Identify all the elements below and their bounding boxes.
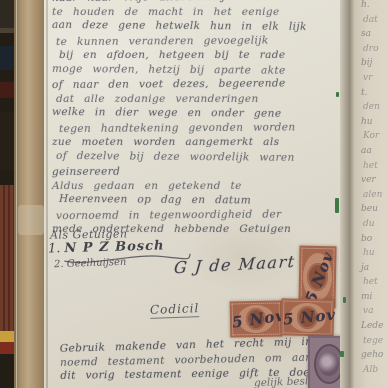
fragment-line: den: [363, 100, 383, 115]
deed-line: bij en afdoen, hetgeen bij te rade: [59, 48, 338, 63]
fragment-line: geho: [361, 348, 383, 363]
fragment-line: alen: [363, 188, 383, 203]
deed-line: Aldus gedaan en getekend te: [52, 179, 338, 194]
deed-line: voornoemd in tegenwoordigheid der: [56, 207, 338, 223]
fragment-line: dro: [363, 42, 383, 57]
fragment-line: mi: [361, 290, 383, 305]
page-edge-line: [46, 0, 48, 388]
photographed-register-page: naar haar vrije uitdrukkelijk voor te ho…: [0, 0, 388, 388]
binding-highlight: [16, 0, 17, 388]
right-page-text-fragments: h. dat sa dro bij vr t. den hu Kor aa he…: [361, 0, 383, 377]
deed-line: dat alle zodanige veranderingen: [56, 92, 338, 107]
page-gutter-shadow: [340, 0, 354, 388]
deed-body-text: naar haar vrije uitdrukkelijk voor te ho…: [52, 0, 338, 237]
deed-line: te houden de macht in het eenige: [52, 5, 338, 20]
witness-signature-1: 1.N P Z Bosch: [48, 238, 165, 256]
deed-line: tegen handtekening gevonden worden: [59, 120, 338, 136]
fragment-line: du: [363, 217, 383, 232]
fragment-line: ver: [361, 173, 383, 188]
witness-signature-2: 2. Geelhuijsen: [54, 257, 127, 271]
fragment-line: Lede: [361, 319, 383, 334]
fragment-line: vr: [363, 71, 383, 86]
deed-line: of naar den voet dezes, begeerende: [52, 76, 338, 92]
green-paint-speck: [336, 92, 339, 97]
fragment-line: ja: [361, 261, 383, 276]
deed-line: geinsereerd: [52, 163, 338, 179]
green-paint-speck: [340, 351, 344, 357]
binding-notch: [18, 205, 44, 235]
fragment-line: het: [363, 159, 383, 174]
fragment-line: het: [363, 275, 383, 290]
revenue-stamp-right: 5 Nov: [281, 298, 335, 336]
witness-2-number: 2.: [54, 259, 64, 270]
fragment-line: sa: [361, 27, 383, 42]
fragment-line: Alb: [363, 363, 383, 378]
right-page: h. dat sa dro bij vr t. den hu Kor aa he…: [354, 0, 388, 388]
revenue-stamp-left: 5 Nov: [230, 301, 283, 338]
witness-1-number: 1.: [48, 241, 61, 256]
fragment-line: aa: [361, 144, 383, 159]
green-paint-speck: [343, 297, 346, 303]
fragment-line: bo: [361, 232, 383, 247]
fragment-line: tege: [363, 334, 383, 349]
deed-line: Heerenveen op dag en datum: [59, 192, 338, 209]
fragment-line: bij: [361, 56, 383, 71]
deed-line: zue moeten worden aangemerkt als: [52, 135, 338, 150]
witness-2-signature-text: Geelhuijsen: [67, 257, 127, 270]
red-book-band: [0, 342, 15, 354]
fragment-line: va: [363, 304, 383, 319]
deed-line: te kunnen veranderen gevoegelijk: [56, 33, 338, 49]
green-paint-speck: [335, 198, 339, 213]
seal-emblem: [319, 352, 339, 376]
fragment-line: h.: [361, 0, 383, 13]
codicil-heading: Codicil: [150, 301, 200, 319]
fragment-line: beu: [361, 202, 383, 217]
fragment-line: t.: [361, 86, 383, 101]
fragment-line: Kor: [363, 129, 383, 144]
deed-line: welke in dier wege en onder gene: [52, 105, 338, 122]
book-binding-edge: [14, 0, 46, 388]
fragment-line: hu: [363, 246, 383, 261]
deed-line: aan deze gene hetwelk hun in elk lijk: [52, 18, 338, 35]
fragment-line: dat: [363, 13, 383, 28]
fragment-line: hu: [361, 115, 383, 130]
left-page: naar haar vrije uitdrukkelijk voor te ho…: [44, 0, 340, 388]
